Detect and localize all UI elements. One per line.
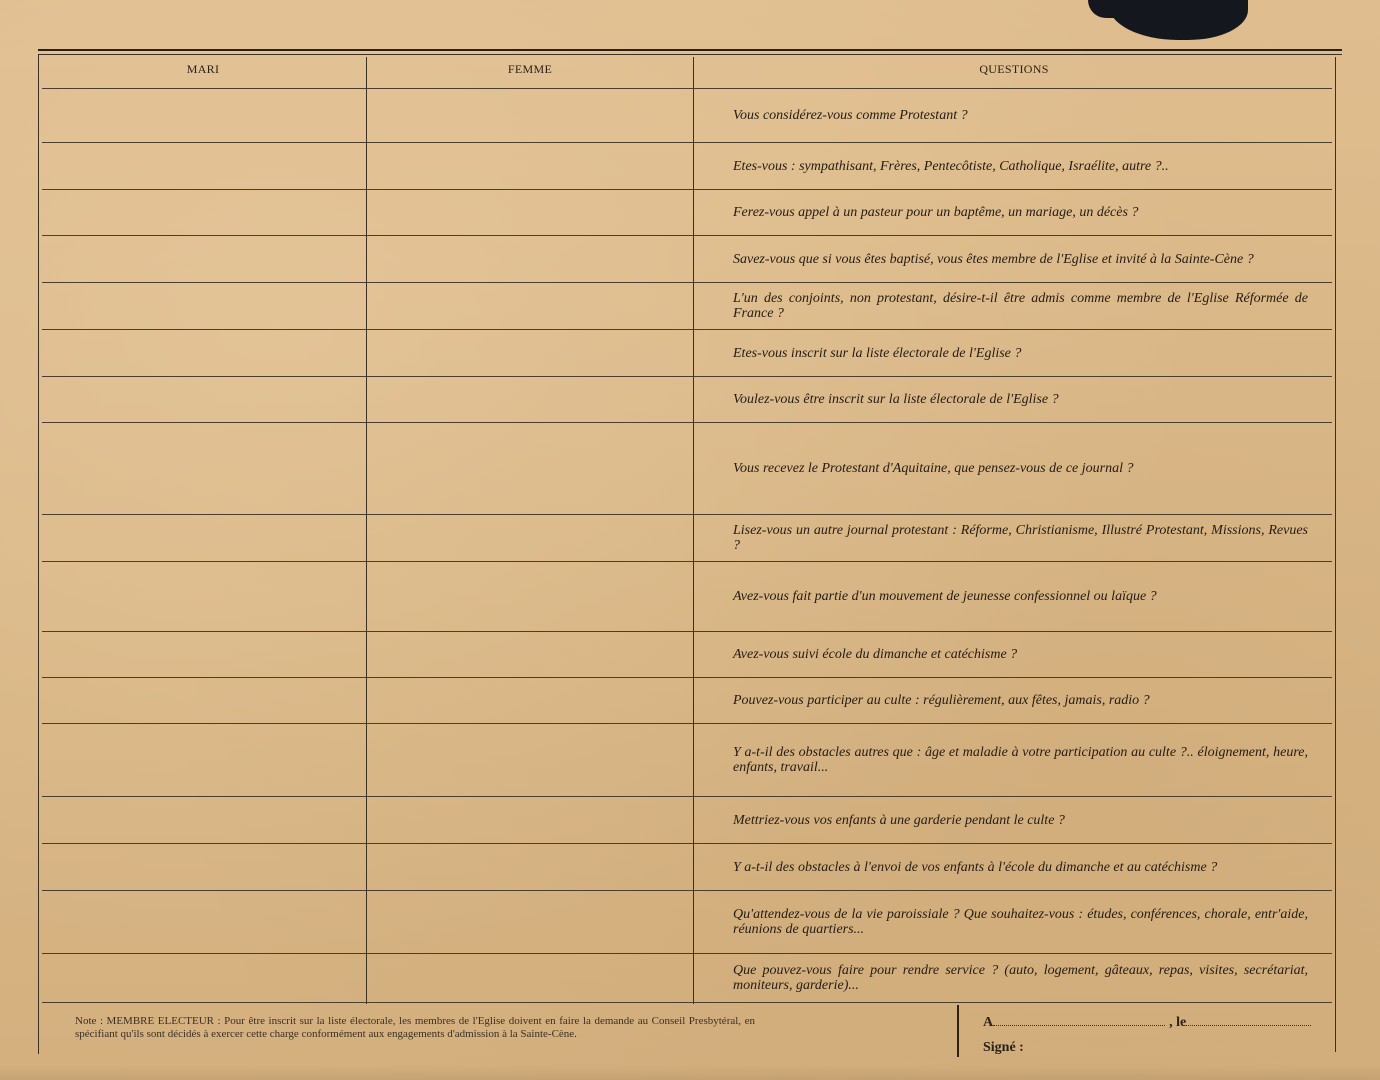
- question-text: Vous considérez-vous comme Protestant ?: [733, 89, 1308, 142]
- question-text: Qu'attendez-vous de la vie paroissiale ?…: [733, 891, 1308, 953]
- question-text: Savez-vous que si vous êtes baptisé, vou…: [733, 236, 1308, 282]
- answer-mari-cell[interactable]: [40, 515, 365, 561]
- table-row: Vous recevez le Protestant d'Aquitaine, …: [0, 423, 1380, 514]
- question-text: Mettriez-vous vos enfants à une garderie…: [733, 797, 1308, 843]
- question-text: Vous recevez le Protestant d'Aquitaine, …: [733, 423, 1308, 514]
- answer-mari-cell[interactable]: [40, 377, 365, 422]
- answer-femme-cell[interactable]: [367, 515, 692, 561]
- table-row: L'un des conjoints, non protestant, dési…: [0, 283, 1380, 329]
- date-label: , le: [1169, 1015, 1186, 1031]
- answer-femme-cell[interactable]: [367, 562, 692, 631]
- answer-mari-cell[interactable]: [40, 844, 365, 890]
- paper-edge-shadow: [0, 1065, 1380, 1080]
- question-text: Y a-t-il des obstacles autres que : âge …: [733, 724, 1308, 796]
- table-row: Qu'attendez-vous de la vie paroissiale ?…: [0, 891, 1380, 953]
- header-questions: QUESTIONS: [694, 62, 1334, 77]
- answer-femme-cell[interactable]: [367, 423, 692, 514]
- answer-mari-cell[interactable]: [40, 891, 365, 953]
- table-row: Avez-vous suivi école du dimanche et cat…: [0, 632, 1380, 677]
- answer-mari-cell[interactable]: [40, 423, 365, 514]
- answer-femme-cell[interactable]: [367, 797, 692, 843]
- table-row: Savez-vous que si vous êtes baptisé, vou…: [0, 236, 1380, 282]
- answer-mari-cell[interactable]: [40, 283, 365, 329]
- question-text: Voulez-vous être inscrit sur la liste él…: [733, 377, 1308, 422]
- answer-mari-cell[interactable]: [40, 632, 365, 677]
- table-row: Y a-t-il des obstacles à l'envoi de vos …: [0, 844, 1380, 890]
- signed-label: Signé :: [983, 1040, 1024, 1056]
- answer-mari-cell[interactable]: [40, 330, 365, 376]
- answer-femme-cell[interactable]: [367, 954, 692, 1002]
- table-row: Mettriez-vous vos enfants à une garderie…: [0, 797, 1380, 843]
- question-text: Lisez-vous un autre journal protestant :…: [733, 515, 1308, 561]
- answer-mari-cell[interactable]: [40, 562, 365, 631]
- answer-mari-cell[interactable]: [40, 236, 365, 282]
- question-text: Y a-t-il des obstacles à l'envoi de vos …: [733, 844, 1308, 890]
- question-text: Ferez-vous appel à un pasteur pour un ba…: [733, 190, 1308, 235]
- question-text: Avez-vous fait partie d'un mouvement de …: [733, 562, 1308, 631]
- question-text: Que pouvez-vous faire pour rendre servic…: [733, 954, 1308, 1002]
- answer-femme-cell[interactable]: [367, 678, 692, 723]
- answer-femme-cell[interactable]: [367, 632, 692, 677]
- table-row: Y a-t-il des obstacles autres que : âge …: [0, 724, 1380, 796]
- table-row: Voulez-vous être inscrit sur la liste él…: [0, 377, 1380, 422]
- table-row: Pouvez-vous participer au culte : réguli…: [0, 678, 1380, 723]
- answer-mari-cell[interactable]: [40, 954, 365, 1002]
- answer-femme-cell[interactable]: [367, 236, 692, 282]
- place-field[interactable]: [993, 1013, 1165, 1026]
- answer-femme-cell[interactable]: [367, 283, 692, 329]
- answer-mari-cell[interactable]: [40, 190, 365, 235]
- question-text: Avez-vous suivi école du dimanche et cat…: [733, 632, 1308, 677]
- place-label: A: [983, 1015, 993, 1031]
- answer-femme-cell[interactable]: [367, 89, 692, 142]
- table-row: Etes-vous inscrit sur la liste électoral…: [0, 330, 1380, 376]
- answer-mari-cell[interactable]: [40, 143, 365, 189]
- question-text: Etes-vous : sympathisant, Frères, Pentec…: [733, 143, 1308, 189]
- header-femme: FEMME: [367, 62, 693, 77]
- table-row: Etes-vous : sympathisant, Frères, Pentec…: [0, 143, 1380, 189]
- question-text: Pouvez-vous participer au culte : réguli…: [733, 678, 1308, 723]
- date-field[interactable]: [1186, 1013, 1311, 1026]
- answer-femme-cell[interactable]: [367, 190, 692, 235]
- membre-electeur-note: Note : MEMBRE ELECTEUR : Pour être inscr…: [75, 1015, 755, 1040]
- signature-block-rule: [957, 1005, 959, 1057]
- header-mari: MARI: [40, 62, 366, 77]
- question-text: L'un des conjoints, non protestant, dési…: [733, 283, 1308, 329]
- row-divider: [42, 1002, 1332, 1003]
- answer-femme-cell[interactable]: [367, 377, 692, 422]
- table-row: Lisez-vous un autre journal protestant :…: [0, 515, 1380, 561]
- table-top-rule: [38, 49, 1342, 55]
- table-row: Que pouvez-vous faire pour rendre servic…: [0, 954, 1380, 1002]
- answer-mari-cell[interactable]: [40, 797, 365, 843]
- answer-femme-cell[interactable]: [367, 330, 692, 376]
- table-row: Avez-vous fait partie d'un mouvement de …: [0, 562, 1380, 631]
- answer-mari-cell[interactable]: [40, 678, 365, 723]
- answer-femme-cell[interactable]: [367, 143, 692, 189]
- place-date-line: A , le: [983, 1013, 1311, 1031]
- ink-stain: [1108, 0, 1248, 40]
- answer-mari-cell[interactable]: [40, 724, 365, 796]
- table-row: Vous considérez-vous comme Protestant ?: [0, 89, 1380, 142]
- answer-femme-cell[interactable]: [367, 844, 692, 890]
- table-row: Ferez-vous appel à un pasteur pour un ba…: [0, 190, 1380, 235]
- answer-femme-cell[interactable]: [367, 724, 692, 796]
- question-text: Etes-vous inscrit sur la liste électoral…: [733, 330, 1308, 376]
- answer-femme-cell[interactable]: [367, 891, 692, 953]
- answer-mari-cell[interactable]: [40, 89, 365, 142]
